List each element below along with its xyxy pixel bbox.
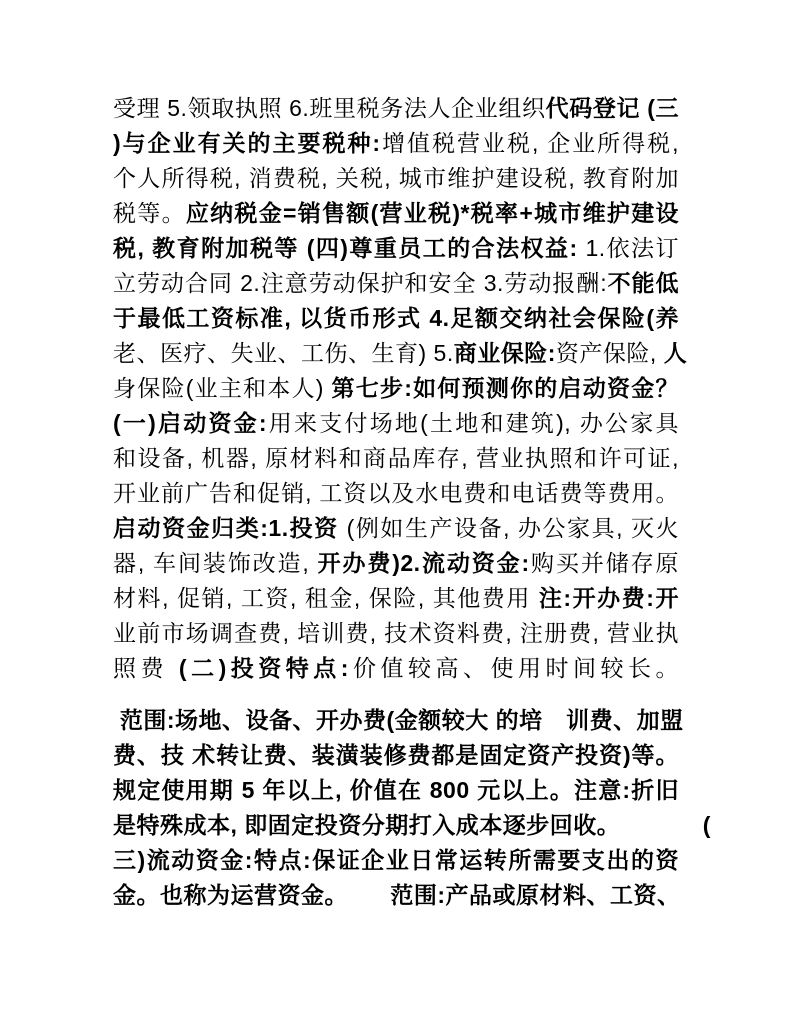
text-run: (例如生产设备, 办公家具, 灭火 [347, 515, 679, 541]
document-text-block: 受理 5.领取执照 6.班里税务法人企业组织代码登记 (三)与企业有关的主要税种… [113, 91, 679, 913]
text-run: (一)启动资金: [113, 410, 267, 436]
text-line: 器, 车间装饰改造, 开办费)2.流动资金:购买并储存原 [113, 546, 679, 581]
text-run: 1.依法订 [578, 235, 679, 261]
text-run: 启动资金归类:1.投资 [113, 515, 347, 541]
text-run: 第七步:如何预测你的启动资金？ [332, 375, 679, 401]
text-run: 规定使用期 5 年以上, 价值在 800 元以上。注意:折旧 [113, 777, 679, 803]
text-line: 受理 5.领取执照 6.班里税务法人企业组织代码登记 (三 [113, 91, 679, 126]
text-run: 业前市场调查费, 培训费, 技术资料费, 注册费, 营业执 [113, 620, 679, 646]
text-line: 材料, 促销, 工资, 租金, 保险, 其他费用 注:开办费:开 [113, 581, 679, 616]
text-run: (二)投资特点: [179, 655, 349, 681]
text-run: 三)流动资金:特点:保证企业日常运转所需要支出的资 [113, 847, 679, 873]
text-line: 是特殊成本, 即固定投资分期打入成本逐步回收。 ( [113, 808, 679, 843]
paragraph: 受理 5.领取执照 6.班里税务法人企业组织代码登记 (三)与企业有关的主要税种… [113, 91, 679, 686]
text-run: 器, 车间装饰改造, [113, 550, 318, 576]
text-line: 立劳动合同 2.注意劳动保护和安全 3.劳动报酬:不能低 [113, 266, 679, 301]
text-line: 金。也称为运营资金。 范围:产品或原材料、工资、 [113, 878, 679, 913]
text-run: 开业前广告和促销, 工资以及水电费和电话费等费用。 [113, 480, 679, 506]
text-line: 启动资金归类:1.投资 (例如生产设备, 办公家具, 灭火 [113, 511, 679, 546]
text-run: 价值较高、使用时间较长。 [349, 655, 679, 681]
text-run: 费、技 术转让费、装潢装修费都是固定资产投资)等。 [113, 742, 679, 768]
text-line: 费、技 术转让费、装潢装修费都是固定资产投资)等。 [113, 738, 679, 773]
text-line: )与企业有关的主要税种:增值税营业税, 企业所得税, [113, 126, 679, 161]
text-run: 范围:场地、设备、开办费(金额较大 的培 训费、加盟 [113, 707, 684, 733]
text-run: 不能低 [607, 270, 679, 296]
text-run: 注:开办费:开 [539, 585, 679, 611]
text-line: 税等。应纳税金=销售额(营业税)*税率+城市维护建设 [113, 196, 679, 231]
text-run: 代码登记 (三 [546, 95, 679, 121]
text-run: 应纳税金=销售额(营业税)*税率+城市维护建设 [186, 200, 679, 226]
text-run: 老、医疗、失业、工伤、生育) 5. [113, 340, 454, 366]
text-run: 商业保险: [454, 340, 556, 366]
text-line: 税, 教育附加税等 (四)尊重员工的合法权益: 1.依法订 [113, 231, 679, 266]
text-run: 身保险(业主和本人) [113, 375, 332, 401]
text-run: 是特殊成本, 即固定投资分期打入成本逐步回收。 ( [113, 812, 711, 838]
text-run: 于最低工资标准, 以货币形式 4.足额交纳社会保险(养 [113, 305, 679, 331]
text-line: 规定使用期 5 年以上, 价值在 800 元以上。注意:折旧 [113, 773, 679, 808]
document-page: 受理 5.领取执照 6.班里税务法人企业组织代码登记 (三)与企业有关的主要税种… [0, 0, 792, 1025]
text-line: 和设备, 机器, 原材料和商品库存, 营业执照和许可证, [113, 441, 679, 476]
text-run: 税等。 [113, 200, 186, 226]
text-line: 身保险(业主和本人) 第七步:如何预测你的启动资金？ [113, 371, 679, 406]
text-run: 税, 教育附加税等 (四)尊重员工的合法权益: [113, 235, 578, 261]
text-line: 开业前广告和促销, 工资以及水电费和电话费等费用。 [113, 476, 679, 511]
text-run: 增值税营业税, 企业所得税, [381, 130, 679, 156]
text-line: 老、医疗、失业、工伤、生育) 5.商业保险:资产保险, 人 [113, 336, 679, 371]
text-run: 照费 [113, 655, 179, 681]
text-run: )与企业有关的主要税种: [113, 130, 381, 156]
text-run: 和设备, 机器, 原材料和商品库存, 营业执照和许可证, [113, 445, 679, 471]
text-run: 资产保险, [556, 340, 664, 366]
text-run: 用来支付场地(土地和建筑), 办公家具 [267, 410, 679, 436]
paragraph: 范围:场地、设备、开办费(金额较大 的培 训费、加盟费、技 术转让费、装潢装修费… [113, 703, 679, 913]
text-run: 个人所得税, 消费税, 关税, 城市维护建设税, 教育附加 [113, 165, 679, 191]
text-run: 材料, 促销, 工资, 租金, 保险, 其他费用 [113, 585, 539, 611]
text-run: 开办费)2.流动资金: [318, 550, 530, 576]
text-run: 金。也称为运营资金。 范围:产品或原材料、工资、 [113, 882, 681, 908]
text-line: 于最低工资标准, 以货币形式 4.足额交纳社会保险(养 [113, 301, 679, 336]
text-line: 范围:场地、设备、开办费(金额较大 的培 训费、加盟 [113, 703, 679, 738]
text-line: 三)流动资金:特点:保证企业日常运转所需要支出的资 [113, 843, 679, 878]
text-run: 立劳动合同 2.注意劳动保护和安全 3.劳动报酬: [113, 270, 607, 296]
text-line: (一)启动资金:用来支付场地(土地和建筑), 办公家具 [113, 406, 679, 441]
text-line: 业前市场调查费, 培训费, 技术资料费, 注册费, 营业执 [113, 616, 679, 651]
text-run: 受理 5.领取执照 6.班里税务法人企业组织 [113, 95, 546, 121]
text-line: 个人所得税, 消费税, 关税, 城市维护建设税, 教育附加 [113, 161, 679, 196]
text-line: 照费 (二)投资特点:价值较高、使用时间较长。 [113, 651, 679, 686]
text-run: 购买并储存原 [530, 550, 679, 576]
text-run: 人 [664, 340, 688, 366]
